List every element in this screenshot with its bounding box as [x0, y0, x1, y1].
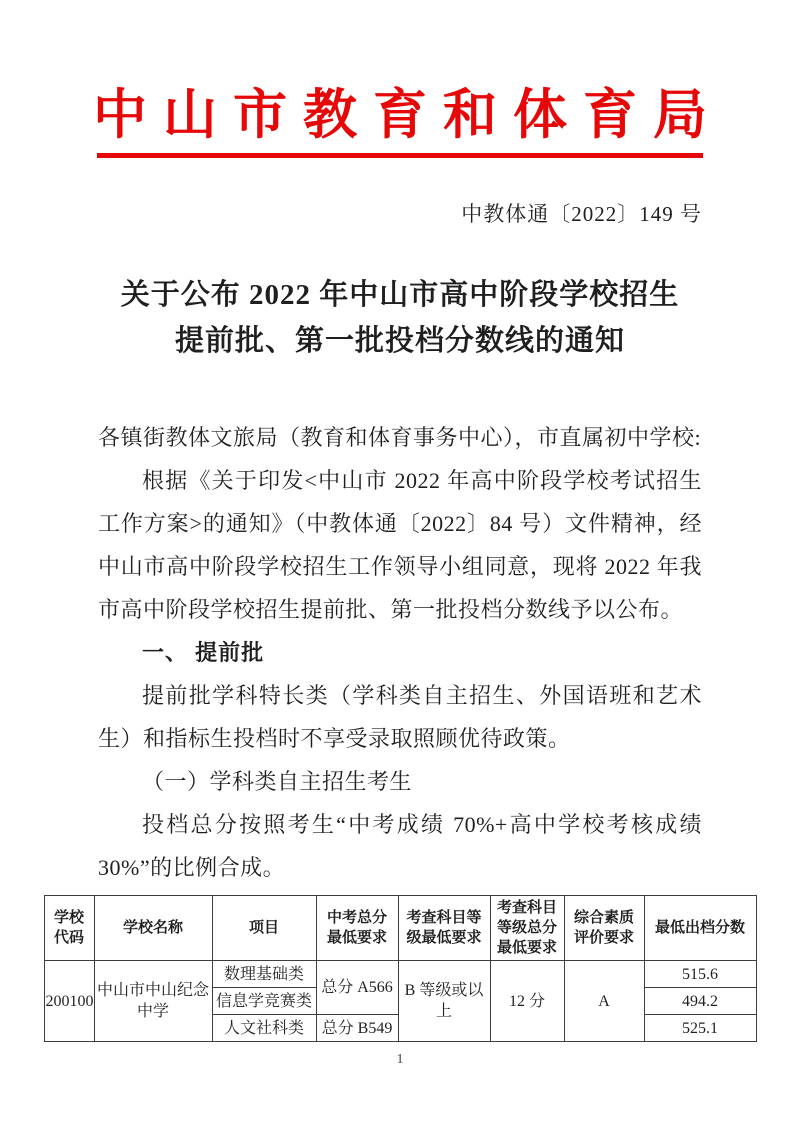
document-page: 中山市教育和体育局 中教体通〔2022〕149 号 关于公布 2022 年中山市… — [0, 0, 800, 1130]
paragraph-basis: 根据《关于印发<中山市 2022 年高中阶段学校考试招生工作方案>的通知》（中教… — [98, 459, 702, 631]
salutation: 各镇街教体文旅局（教育和体育事务中心），市直属初中学校: — [98, 416, 702, 459]
document-body: 各镇街教体文旅局（教育和体育事务中心），市直属初中学校: 根据《关于印发<中山市… — [98, 416, 702, 889]
document-title-line1: 关于公布 2022 年中山市高中阶段学校招生 — [0, 272, 800, 318]
cell-zk-total-min: 总分 A566 — [316, 961, 398, 1015]
cell-zk-total-min: 总分 B549 — [316, 1015, 398, 1042]
cell-min-score: 525.1 — [644, 1015, 756, 1042]
cell-grade-total: 12 分 — [490, 961, 564, 1042]
cell-project: 人文社科类 — [212, 1015, 316, 1042]
cell-min-score: 515.6 — [644, 961, 756, 988]
col-header-project: 项目 — [212, 896, 316, 961]
paragraph-policy: 提前批学科特长类（学科类自主招生、外国语班和艺术生）和指标生投档时不享受录取照顾… — [98, 674, 702, 760]
subsection-heading-subject-admission: （一）学科类自主招生考生 — [98, 760, 702, 803]
col-header-min-score: 最低出档分数 — [644, 896, 756, 961]
section-heading-advance-batch: 一、 提前批 — [98, 631, 702, 674]
score-table: 学校 代码 学校名称 项目 中考总分 最低要求 考查科目等 级最低要求 考查科目… — [44, 895, 757, 1042]
col-header-grade-total: 考查科目 等级总分 最低要求 — [490, 896, 564, 961]
cell-quality: A — [564, 961, 644, 1042]
col-header-school-code: 学校 代码 — [44, 896, 94, 961]
page-number: 1 — [0, 1052, 800, 1068]
table-row: 2001001 中山市中山纪念 中学 数理基础类 总分 A566 B 等级或以上… — [44, 961, 756, 988]
cell-subject-grade: B 等级或以上 — [398, 961, 490, 1042]
table-header-row: 学校 代码 学校名称 项目 中考总分 最低要求 考查科目等 级最低要求 考查科目… — [44, 896, 756, 961]
cell-min-score: 494.2 — [644, 988, 756, 1015]
document-title-line2: 提前批、第一批投档分数线的通知 — [0, 318, 800, 364]
col-header-zk-total-min: 中考总分 最低要求 — [316, 896, 398, 961]
cell-school-name: 中山市中山纪念 中学 — [94, 961, 212, 1042]
masthead-divider — [97, 153, 703, 158]
cell-project: 数理基础类 — [212, 961, 316, 988]
cell-project: 信息学竞赛类 — [212, 988, 316, 1015]
document-title: 关于公布 2022 年中山市高中阶段学校招生 提前批、第一批投档分数线的通知 — [0, 272, 800, 364]
masthead-title: 中山市教育和体育局 — [0, 0, 800, 144]
col-header-subject-grade: 考查科目等 级最低要求 — [398, 896, 490, 961]
doc-number: 中教体通〔2022〕149 号 — [0, 198, 800, 228]
paragraph-score-composition: 投档总分按照考生“中考成绩 70%+高中学校考核成绩 30%”的比例合成。 — [98, 803, 702, 889]
col-header-quality: 综合素质 评价要求 — [564, 896, 644, 961]
col-header-school-name: 学校名称 — [94, 896, 212, 961]
cell-school-code: 2001001 — [44, 961, 94, 1042]
